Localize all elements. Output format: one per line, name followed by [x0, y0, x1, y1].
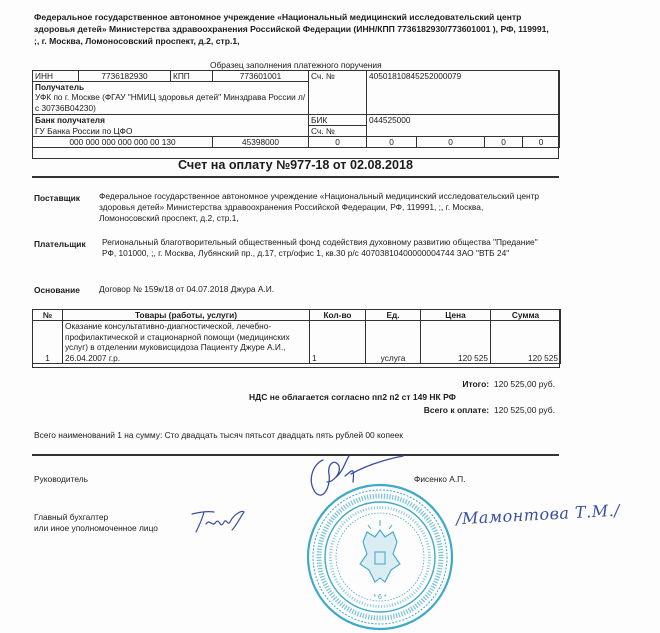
payer-value: Региональный благотворительный обществен…	[102, 237, 554, 259]
col-header-price: Цена	[421, 310, 491, 321]
accountant-handwritten-name: /Мамонтова Т.М./	[456, 501, 621, 529]
oktmo-value: 45398000	[213, 137, 309, 148]
col-header-name: Товары (работы, услуги)	[63, 310, 310, 321]
bank-label: Банк получателя	[33, 115, 309, 126]
recipient-value: УФК по г. Москве (ФГАУ "НМИЦ здоровья де…	[33, 92, 309, 115]
supplier-value: Федеральное государственное автономное у…	[99, 191, 544, 224]
kpp-value: 773601001	[213, 71, 309, 82]
payer-label: Плательщик	[34, 239, 86, 249]
zero-field-1: 0	[309, 137, 367, 148]
due-label: Всего к оплате:	[424, 405, 489, 415]
zero-field-5: 0	[523, 137, 560, 148]
zero-field-3: 0	[417, 137, 485, 148]
row-num: 1	[33, 321, 63, 364]
zero-field-4: 0	[485, 137, 523, 148]
zero-field-2: 0	[367, 137, 417, 148]
accountant-signature-icon	[190, 508, 250, 536]
table-row: 1 Оказание консультативно-диагностическо…	[33, 321, 561, 364]
director-label: Руководитель	[34, 474, 88, 485]
amount-in-words: Всего наименований 1 на сумму: Сто двадц…	[34, 430, 403, 441]
col-header-num: №	[33, 310, 63, 321]
row-qty: 1	[310, 321, 366, 364]
items-table: № Товары (работы, услуги) Кол-во Ед. Цен…	[32, 309, 561, 364]
inn-value: 7736182930	[79, 71, 171, 82]
total-value: 120 525,00 руб.	[494, 379, 555, 389]
svg-text:* 6 *: * 6 *	[373, 594, 387, 601]
bank-value: ГУ Банка России по ЦФО	[33, 126, 309, 137]
row-sum: 120 525	[491, 321, 561, 364]
due-value: 120 525,00 руб.	[494, 405, 555, 415]
recipient-label: Получатель	[33, 82, 309, 93]
title-divider	[32, 176, 559, 178]
invoice-title: Счет на оплату №977-18 от 02.08.2018	[32, 158, 559, 172]
payment-sample-caption: Образец заполнения платежного поручения	[210, 60, 382, 70]
kbk-value: 000 000 000 000 000 00 130	[33, 137, 213, 148]
bik-value: 044525000	[367, 115, 560, 137]
accountant-label-1: Главный бухгалтер	[34, 512, 108, 523]
vat-note: НДС не облагается согласно пп2 п2 ст 149…	[249, 391, 456, 404]
accountant-label-2: или иное уполномоченное лицо	[34, 523, 158, 534]
row-unit: услуга	[366, 321, 421, 364]
col-header-sum: Сумма	[491, 310, 561, 321]
kpp-label: КПП	[171, 71, 213, 82]
payment-sample-table: ИНН 7736182930 КПП 773601001 Сч. № 40501…	[32, 70, 560, 148]
account-value: 40501810845252000079	[367, 71, 560, 115]
inn-label: ИНН	[33, 71, 79, 82]
total-label: Итого:	[462, 379, 489, 389]
basis-value: Договор № 159к/18 от 04.07.2018 Джура А.…	[99, 284, 274, 295]
basis-label: Основание	[34, 285, 80, 295]
col-header-unit: Ед.	[366, 310, 421, 321]
supplier-label: Поставщик	[34, 193, 80, 203]
row-name: Оказание консультативно-диагностической,…	[63, 321, 310, 364]
corr-account-label: Сч. №	[309, 126, 367, 137]
account-label: Сч. №	[309, 71, 367, 115]
col-header-qty: Кол-во	[310, 310, 366, 321]
bik-label: БИК	[309, 115, 367, 126]
header-org-text: Федеральное государственное автономное у…	[34, 12, 554, 47]
row-price: 120 525	[421, 321, 491, 364]
director-signature-icon	[295, 452, 405, 507]
